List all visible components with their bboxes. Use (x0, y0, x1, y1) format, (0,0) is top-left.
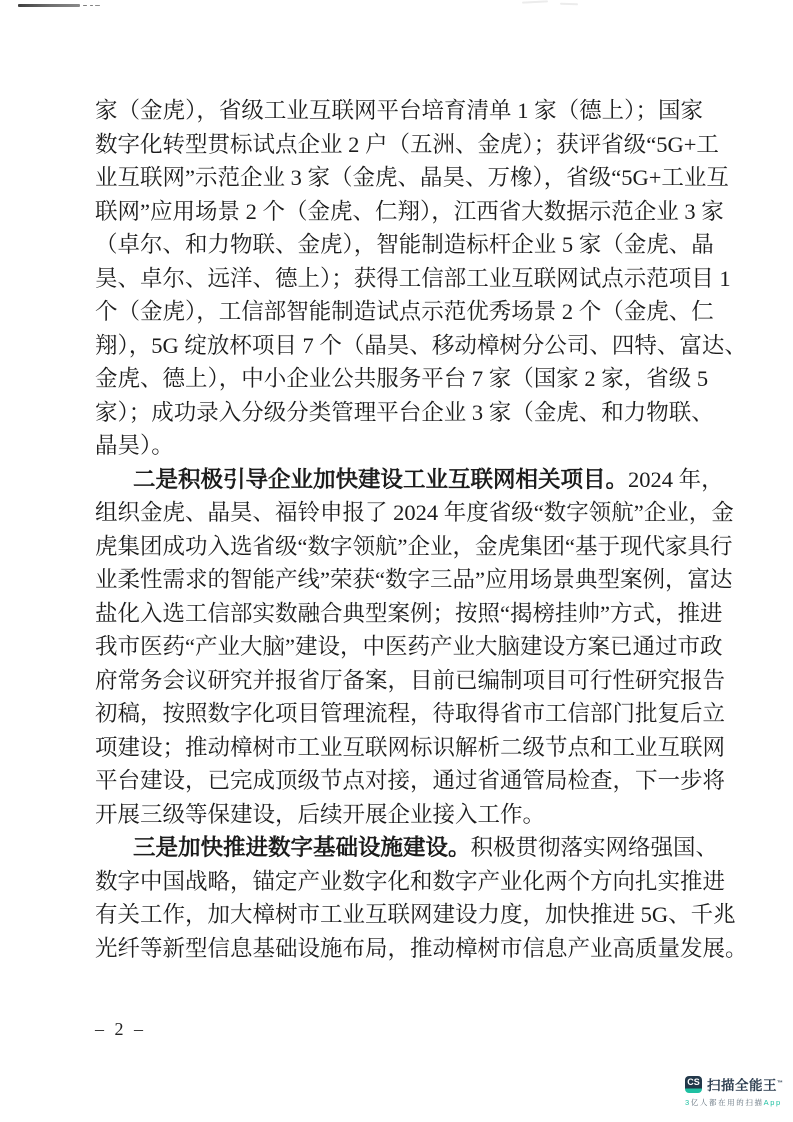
trademark-symbol: ™ (777, 1081, 784, 1087)
text-line: 我市医药“产业大脑”建设，中医药产业大脑建设方案已通过市政 (95, 630, 703, 664)
text-line: 金虎、德上），中小企业公共服务平台 7 家（国家 2 家，省级 5 (95, 362, 703, 396)
scanned-document-page: 家（金虎），省级工业互联网平台培育清单 1 家（德上）；国家 数字化转型贯标试点… (0, 0, 793, 1122)
camscanner-tagline: 3亿人都在用的扫描App (685, 1097, 790, 1108)
text-line: 晶昊）。 (95, 429, 703, 463)
text-line: 光纤等新型信息基础设施布局，推动樟树市信息产业高质量发展。 (95, 932, 703, 966)
text-line: 开展三级等保建设，后续开展企业接入工作。 (95, 798, 703, 832)
paragraph-bold-lead: 三是加快推进数字基础设施建设。 (133, 835, 471, 860)
text-line: 业互联网”示范企业 3 家（金虎、晶昊、万橡），省级“5G+工业互 (95, 161, 703, 195)
text-line: 三是加快推进数字基础设施建设。积极贯彻落实网络强国、 (95, 831, 703, 865)
scan-artifact (560, 3, 578, 6)
text-line: 盐化入选工信部实数融合典型案例；按照“揭榜挂帅”方式，推进 (95, 597, 703, 631)
scan-artifact (83, 5, 87, 7)
paragraph-text: 2024 年， (628, 467, 724, 492)
text-line: 平台建设，已完成顶级节点对接，通过省通管局检查，下一步将 (95, 764, 703, 798)
camscanner-app-name: 扫描全能王™ (707, 1074, 784, 1094)
text-line: 翔），5G 绽放杯项目 7 个（晶昊、移动樟树分公司、四特、富达、 (95, 329, 703, 363)
text-line: 数字化转型贯标试点企业 2 户（五洲、金虎）；获评省级“5G+工 (95, 128, 703, 162)
scan-artifact (95, 5, 100, 7)
scan-artifact (18, 4, 80, 7)
text-line: 联网”应用场景 2 个（金虎、仁翔），江西省大数据示范企业 3 家 (95, 195, 703, 229)
paragraph-bold-lead: 二是积极引导企业加快建设工业互联网相关项目。 (133, 467, 628, 492)
camscanner-logo-icon: CS (685, 1076, 702, 1093)
text-line: 有关工作，加大樟树市工业互联网建设力度，加快推进 5G、千兆 (95, 898, 703, 932)
text-line: 家）；成功录入分级分类管理平台企业 3 家（金虎、和力物联、 (95, 396, 703, 430)
text-line: （卓尔、和力物联、金虎），智能制造标杆企业 5 家（金虎、晶 (95, 228, 703, 262)
text-line: 业柔性需求的智能产线”荣获“数字三品”应用场景典型案例，富达 (95, 563, 703, 597)
text-line: 昊、卓尔、远洋、德上）；获得工信部工业互联网试点示范项目 1 (95, 262, 703, 296)
page-number: – 2 – (95, 1019, 146, 1040)
text-line: 虎集团成功入选省级“数字领航”企业，金虎集团“基于现代家具行 (95, 530, 703, 564)
text-line: 二是积极引导企业加快建设工业互联网相关项目。2024 年， (95, 463, 703, 497)
scan-artifact (522, 0, 548, 3)
text-line: 个（金虎），工信部智能制造试点示范优秀场景 2 个（金虎、仁 (95, 295, 703, 329)
document-body: 家（金虎），省级工业互联网平台培育清单 1 家（德上）；国家 数字化转型贯标试点… (95, 94, 703, 965)
camscanner-watermark: CS 扫描全能王™ 3亿人都在用的扫描App (685, 1074, 790, 1108)
text-line: 组织金虎、晶昊、福铃申报了 2024 年度省级“数字领航”企业，金 (95, 496, 703, 530)
text-line: 项建设；推动樟树市工业互联网标识解析二级节点和工业互联网 (95, 731, 703, 765)
text-line: 初稿，按照数字化项目管理流程，待取得省市工信部门批复后立 (95, 697, 703, 731)
paragraph-text: 积极贯彻落实网络强国、 (471, 835, 719, 860)
scan-artifact (90, 5, 93, 7)
text-line: 数字中国战略，锚定产业数字化和数字产业化两个方向扎实推进 (95, 865, 703, 899)
text-line: 家（金虎），省级工业互联网平台培育清单 1 家（德上）；国家 (95, 94, 703, 128)
text-line: 府常务会议研究并报省厅备案，目前已编制项目可行性研究报告 (95, 664, 703, 698)
